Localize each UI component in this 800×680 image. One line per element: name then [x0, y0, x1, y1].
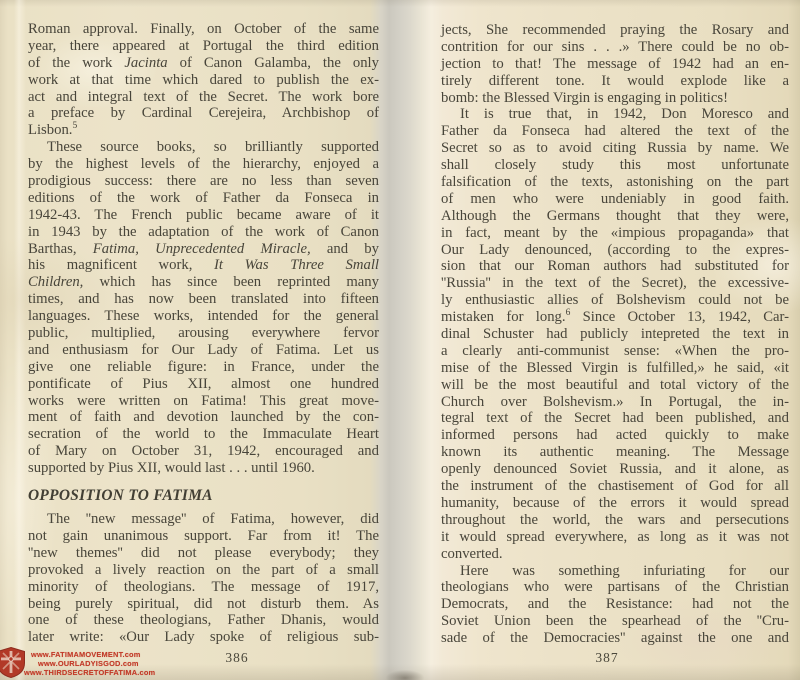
text-line: Secret so as to avoid citing Russia by n…	[441, 140, 789, 157]
text-line: public, multiplied, arousing everywhere …	[28, 325, 379, 342]
text-line: later write: «Our Lady spoke of religiou…	[28, 629, 379, 646]
text-line: theologians who were partisans of the Ch…	[441, 579, 789, 596]
text-line: Church over Bolshevism.» In Portugal, th…	[441, 394, 789, 411]
text-line: year, there appeared at Portugal the thi…	[28, 38, 379, 55]
text-line: These source books, so brilliantly suppo…	[28, 139, 379, 156]
text-line: a clearly anti-communist sense: «When th…	[441, 343, 789, 360]
text-line: contrition for our sins . . .» There cou…	[441, 39, 789, 56]
text-line: works were written on Fatima! This great…	[28, 393, 379, 410]
page-right-text: jects, She recommended praying the Rosar…	[441, 22, 789, 647]
text-line: ly enthusiastic allies of Bolshevism cou…	[441, 292, 789, 309]
text-line: of men who were undeniably in good faith…	[441, 191, 789, 208]
section-heading: OPPOSITION TO FATIMA	[28, 487, 379, 504]
text-line: one of these theologians, Father Dhanis,…	[28, 612, 379, 629]
text-line: not gain unanimous support. Far from it!…	[28, 528, 379, 545]
text-line: jection to that! The message of 1942 had…	[441, 56, 789, 73]
text-line: bomb: the Blessed Virgin is engaging in …	[441, 90, 789, 107]
text-line: act and integral text of the Secret. The…	[28, 89, 379, 106]
text-line: by the highest levels of the hierarchy, …	[28, 156, 379, 173]
text-line: Here was something infuriating for our	[441, 563, 789, 580]
text-line: tirely different tone. It would explode …	[441, 73, 789, 90]
left-paragraphs-bottom: The ''new message'' of Fatima, however, …	[28, 511, 379, 646]
text-line: humanity, because of the errors it would…	[441, 495, 789, 512]
text-line: known its authentic meaning. The Message	[441, 444, 789, 461]
text-line: Soviet Union been the spearhead of the '…	[441, 613, 789, 630]
right-paragraphs: jects, She recommended praying the Rosar…	[441, 22, 789, 647]
text-line: ''new themes'' did not please everybody;…	[28, 545, 379, 562]
text-line: dinal Schuster had publicly intepreted t…	[441, 326, 789, 343]
text-line: ment of faith and devotion launched by t…	[28, 409, 379, 426]
text-line: It is true that, in 1942, Don Moresco an…	[441, 106, 789, 123]
text-line: the instrument of the chastisement of Go…	[441, 478, 789, 495]
text-line: shall closely study this most unfortunat…	[441, 157, 789, 174]
text-line: The ''new message'' of Fatima, however, …	[28, 511, 379, 528]
text-line: Children, which has since been reprinted…	[28, 274, 379, 291]
text-line: times, and has now been translated into …	[28, 291, 379, 308]
text-line: Democrats, and the Resistance: had not t…	[441, 596, 789, 613]
text-line: 1942-43. The French public became aware …	[28, 207, 379, 224]
text-line: falsification of the texts, astonishing …	[441, 174, 789, 191]
text-line: converted.	[441, 546, 789, 563]
text-line: Barthas, Fatima, Unprecedented Miracle, …	[28, 241, 379, 258]
left-paragraphs-top: Roman approval. Finally, on October of t…	[28, 21, 379, 477]
text-line: jects, She recommended praying the Rosar…	[441, 22, 789, 39]
text-line: ''Russia'' in the text of the Secret), t…	[441, 275, 789, 292]
text-line: Although the Germans thought that they w…	[441, 208, 789, 225]
text-line: being purely spiritual, did not disturb …	[28, 596, 379, 613]
text-line: editions of the work of Father da Fonsec…	[28, 190, 379, 207]
text-line: Father da Fonseca had altered the text o…	[441, 123, 789, 140]
watermark-shield-icon	[0, 647, 26, 678]
text-line: languages. These works, intended for the…	[28, 308, 379, 325]
watermark: www.FATIMAMOVEMENT.com www.OURLADYISGOD.…	[0, 645, 240, 680]
text-line: it would spread everywhere, as long as i…	[441, 529, 789, 546]
text-line: informed persons had acted quickly to ma…	[441, 427, 789, 444]
text-line: mistaken for long.6 Since October 13, 19…	[441, 309, 789, 326]
text-line: work at that time which dared to publish…	[28, 72, 379, 89]
text-line: minority of theologians. The message of …	[28, 579, 379, 596]
page-left-text: Roman approval. Finally, on October of t…	[28, 21, 379, 646]
text-line: mise of the Blessed Virgin is fulfilled,…	[441, 360, 789, 377]
text-line: openly denounced Soviet Russia, and it a…	[441, 461, 789, 478]
text-line: provoked a lively reaction on the part o…	[28, 562, 379, 579]
text-line: secration of the world to the Immaculate…	[28, 426, 379, 443]
text-line: tegral text of the Secret had been publi…	[441, 410, 789, 427]
text-line: a preface by Cardinal Cerejeira, Archbis…	[28, 105, 379, 122]
text-line: Roman approval. Finally, on October of t…	[28, 21, 379, 38]
text-line: in fact, meant by the «impious propagand…	[441, 225, 789, 242]
text-line: and enthusiasm for Our Lady of Fatima. L…	[28, 342, 379, 359]
page-number-right: 387	[590, 650, 624, 666]
text-line: pontificate of Pius XII, almost one hund…	[28, 376, 379, 393]
text-line: Our Lady denounced, (according to the ex…	[441, 242, 789, 259]
text-line: Lisbon.5	[28, 122, 379, 139]
book-spread: Roman approval. Finally, on October of t…	[0, 0, 800, 680]
watermark-url: www.OURLADYISGOD.com	[38, 660, 139, 668]
text-line: will be the most beautiful and total vic…	[441, 377, 789, 394]
text-line: in 1943 by the adaptation of the work of…	[28, 224, 379, 241]
text-line: prodigious success: there are no less th…	[28, 173, 379, 190]
text-line: of Mary on October 31, 1942, encouraged …	[28, 443, 379, 460]
text-line: of the work Jacinta of Canon Galamba, th…	[28, 55, 379, 72]
text-line: sade of the Democracies'' against the on…	[441, 630, 789, 647]
text-line: give one reliable figure: in France, und…	[28, 359, 379, 376]
text-line: supported by Pius XII, would last . . . …	[28, 460, 379, 477]
text-line: his magnificent work, It Was Three Small	[28, 257, 379, 274]
text-line: throughout the world, the wars and perse…	[441, 512, 789, 529]
watermark-url: www.FATIMAMOVEMENT.com	[31, 651, 141, 659]
watermark-url: www.THIRDSECRETOFFATIMA.com	[24, 669, 155, 677]
text-line: sion that our Roman authors had substitu…	[441, 258, 789, 275]
